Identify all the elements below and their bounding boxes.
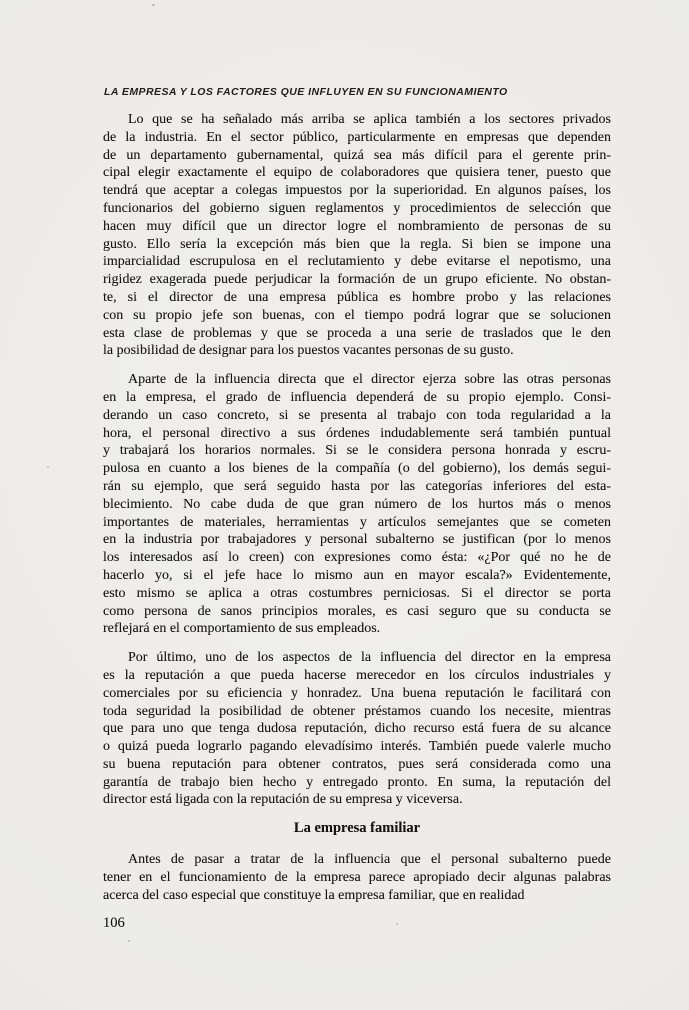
text-line: tendrá que aceptar a colegas impuestos p…	[103, 182, 611, 200]
text-line: como persona de sanos principios morales…	[103, 603, 611, 621]
paragraph: Lo que se ha señalado más arriba se apli…	[103, 111, 611, 360]
text-line: rán su ejemplo, que será seguido hasta p…	[103, 478, 611, 496]
text-line: director está ligada con la reputación d…	[103, 791, 611, 809]
section-heading: La empresa familiar	[103, 820, 611, 838]
text-block: Lo que se ha señalado más arriba se apli…	[103, 111, 611, 915]
paragraph: Aparte de la influencia directa que el d…	[103, 371, 611, 638]
text-line: acerca del caso especial que constituye …	[103, 887, 611, 905]
paragraph: Por último, uno de los aspectos de la in…	[103, 649, 611, 809]
text-line: hacen muy difícil que un director logre …	[103, 218, 611, 236]
text-line: hora, el personal directivo a sus órdene…	[103, 425, 611, 443]
text-line: Por último, uno de los aspectos de la in…	[103, 649, 611, 667]
text-line: los interesados así lo creen) con expres…	[103, 549, 611, 567]
text-line: gusto. Ello sería la excepción más bien …	[103, 236, 611, 254]
scan-speck	[152, 4, 155, 6]
text-line: en la empresa, el grado de influencia de…	[103, 389, 611, 407]
scan-speck	[47, 466, 49, 468]
text-line: garantía de trabajo bien hecho y entrega…	[103, 774, 611, 792]
book-page: LA EMPRESA Y LOS FACTORES QUE INFLUYEN E…	[0, 0, 689, 1010]
text-line: Lo que se ha señalado más arriba se apli…	[103, 111, 611, 129]
page-number: 106	[103, 915, 125, 932]
text-line: o quizá pueda lograrlo pagando elevadísi…	[103, 738, 611, 756]
text-line: imparcialidad escrupulosa en el reclutam…	[103, 253, 611, 271]
text-line: importantes de materiales, herramientas …	[103, 514, 611, 532]
text-line: en la industria por trabajadores y perso…	[103, 531, 611, 549]
text-line: con su propio jefe son buenas, con el ti…	[103, 307, 611, 325]
text-line: Antes de pasar a tratar de la influencia…	[103, 851, 611, 869]
text-line: te, si el director de una empresa públic…	[103, 289, 611, 307]
text-line: que para uno que tenga dudosa reputación…	[103, 720, 611, 738]
text-line: la posibilidad de designar para los pues…	[103, 342, 611, 360]
text-line: toda seguridad la posibilidad de obtener…	[103, 703, 611, 721]
text-line: rigidez exagerada puede perjudicar la fo…	[103, 271, 611, 289]
text-line: y trabajará los horarios normales. Si se…	[103, 442, 611, 460]
text-line: de la industria. En el sector público, p…	[103, 129, 611, 147]
scan-speck	[128, 940, 130, 942]
text-line: esta clase de problemas y que se proceda…	[103, 325, 611, 343]
text-line: tener en el funcionamiento de la empresa…	[103, 869, 611, 887]
text-line: su buena reputación para obtener contrat…	[103, 756, 611, 774]
text-line: comerciales por su eficiencia y honradez…	[103, 685, 611, 703]
text-line: cipal elegir exactamente el equipo de co…	[103, 164, 611, 182]
text-line: reflejará en el comportamiento de sus em…	[103, 620, 611, 638]
running-header: LA EMPRESA Y LOS FACTORES QUE INFLUYEN E…	[104, 86, 508, 98]
text-line: pulosa en cuanto a los bienes de la comp…	[103, 460, 611, 478]
text-line: blecimiento. No cabe duda de que gran nú…	[103, 496, 611, 514]
text-line: funcionarios del gobierno siguen reglame…	[103, 200, 611, 218]
scan-speck	[396, 923, 398, 925]
text-line: Aparte de la influencia directa que el d…	[103, 371, 611, 389]
paragraph: Antes de pasar a tratar de la influencia…	[103, 851, 611, 904]
text-line: hacerlo yo, si el jefe hace lo mismo aun…	[103, 567, 611, 585]
text-line: es la reputación a que pueda hacerse mer…	[103, 667, 611, 685]
text-line: esto mismo se aplica a otras costumbres …	[103, 585, 611, 603]
text-line: derando un caso concreto, si se presenta…	[103, 407, 611, 425]
text-line: de un departamento gubernamental, quizá …	[103, 147, 611, 165]
